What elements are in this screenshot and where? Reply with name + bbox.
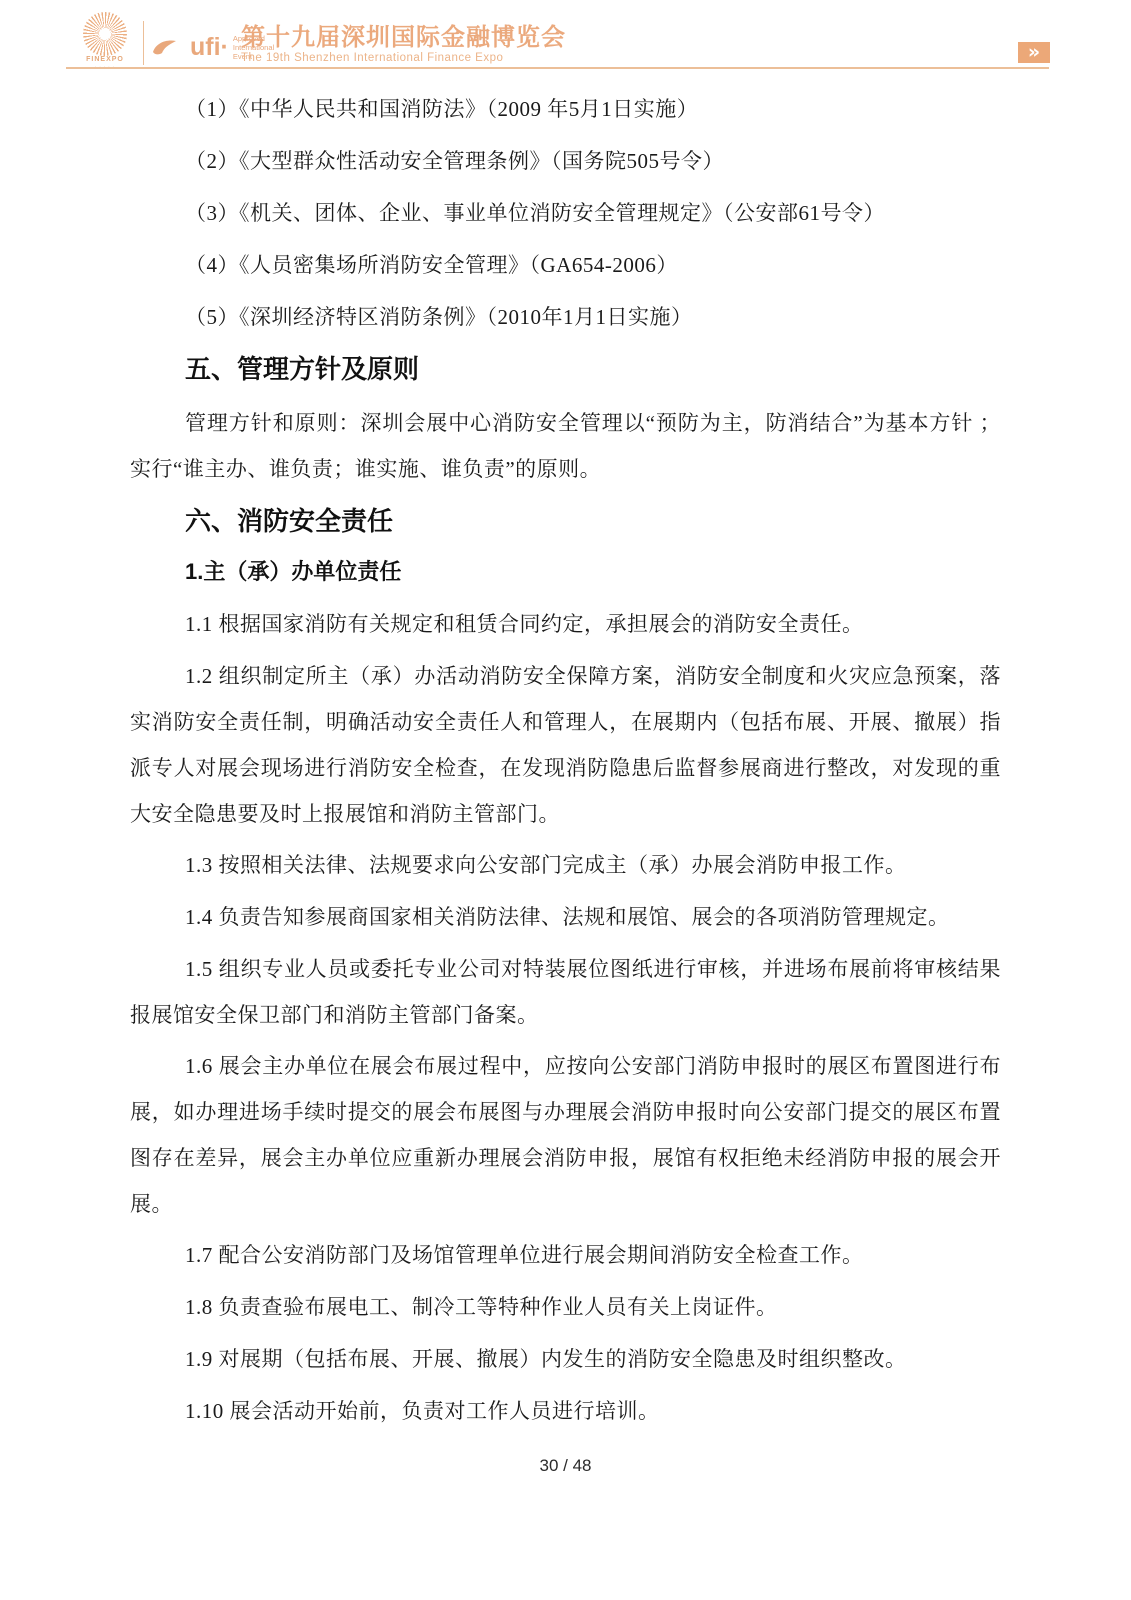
- section-6-heading: 六、消防安全责任: [130, 500, 1001, 542]
- document-page: FINEXPO · · · · · ufi· Approved Internat…: [0, 0, 1131, 1600]
- reference-list-item: （4）《人员密集场所消防安全管理》（GA654-2006）: [130, 242, 1001, 288]
- responsibility-item: 1.1 根据国家消防有关规定和租赁合同约定，承担展会的消防安全责任。: [130, 601, 1001, 647]
- expo-title-block: 第十九届深圳国际金融博览会 The 19th Shenzhen Internat…: [241, 25, 566, 65]
- reference-list-item: （5）《深圳经济特区消防条例》（2010年1月1日实施）: [130, 294, 1001, 340]
- responsibility-item: 1.10 展会活动开始前，负责对工作人员进行培训。: [130, 1388, 1001, 1434]
- responsibility-item: 1.5 组织专业人员或委托专业公司对特装展位图纸进行审核，并进场布展前将审核结果…: [130, 946, 1001, 1038]
- responsibility-item: 1.7 配合公安消防部门及场馆管理单位进行展会期间消防安全检查工作。: [130, 1232, 1001, 1278]
- responsibility-item: 1.8 负责查验布展电工、制冷工等特种作业人员有关上岗证件。: [130, 1284, 1001, 1330]
- responsibility-item: 1.2 组织制定所主（承）办活动消防安全保障方案，消防安全制度和火灾应急预案，落…: [130, 653, 1001, 837]
- finexpo-wordmark: FINEXPO: [72, 56, 138, 64]
- responsibility-item: 1.4 负责告知参展商国家相关消防法律、法规和展馆、展会的各项消防管理规定。: [130, 894, 1001, 940]
- document-body: （1）《中华人民共和国消防法》（2009 年5月1日实施） （2）《大型群众性活…: [130, 86, 1001, 1440]
- sunburst-logo-icon: [83, 12, 127, 56]
- chevron-right-icon: »: [1018, 42, 1050, 63]
- page-header: FINEXPO · · · · · ufi· Approved Internat…: [0, 0, 1131, 75]
- ufi-swoosh-icon: [152, 39, 186, 57]
- page-number: 30 / 48: [0, 1456, 1131, 1476]
- responsibility-item: 1.3 按照相关法律、法规要求向公安部门完成主（承）办展会消防申报工作。: [130, 842, 1001, 888]
- reference-list-item: （1）《中华人民共和国消防法》（2009 年5月1日实施）: [130, 86, 1001, 132]
- finexpo-logo: FINEXPO · · · · ·: [72, 12, 138, 69]
- header-divider: [143, 21, 144, 65]
- expo-title-english: The 19th Shenzhen International Finance …: [241, 51, 566, 65]
- section-5-heading: 五、管理方针及原则: [130, 348, 1001, 390]
- subsection-1-heading: 1.主（承）办单位责任: [130, 552, 1001, 592]
- section-5-paragraph: 管理方针和原则：深圳会展中心消防安全管理以“预防为主，防消结合”为基本方针 ；实…: [130, 400, 1001, 492]
- header-rule: [66, 67, 1049, 69]
- responsibility-item: 1.6 展会主办单位在展会布展过程中，应按向公安部门消防申报时的展区布置图进行布…: [130, 1043, 1001, 1227]
- expo-title-chinese: 第十九届深圳国际金融博览会: [241, 25, 566, 51]
- ufi-brand-text: ufi·: [190, 35, 229, 60]
- reference-list-item: （3）《机关、团体、企业、事业单位消防安全管理规定》（公安部61号令）: [130, 190, 1001, 236]
- reference-list-item: （2）《大型群众性活动安全管理条例》（国务院505号令）: [130, 138, 1001, 184]
- responsibility-item: 1.9 对展期（包括布展、开展、撤展）内发生的消防安全隐患及时组织整改。: [130, 1336, 1001, 1382]
